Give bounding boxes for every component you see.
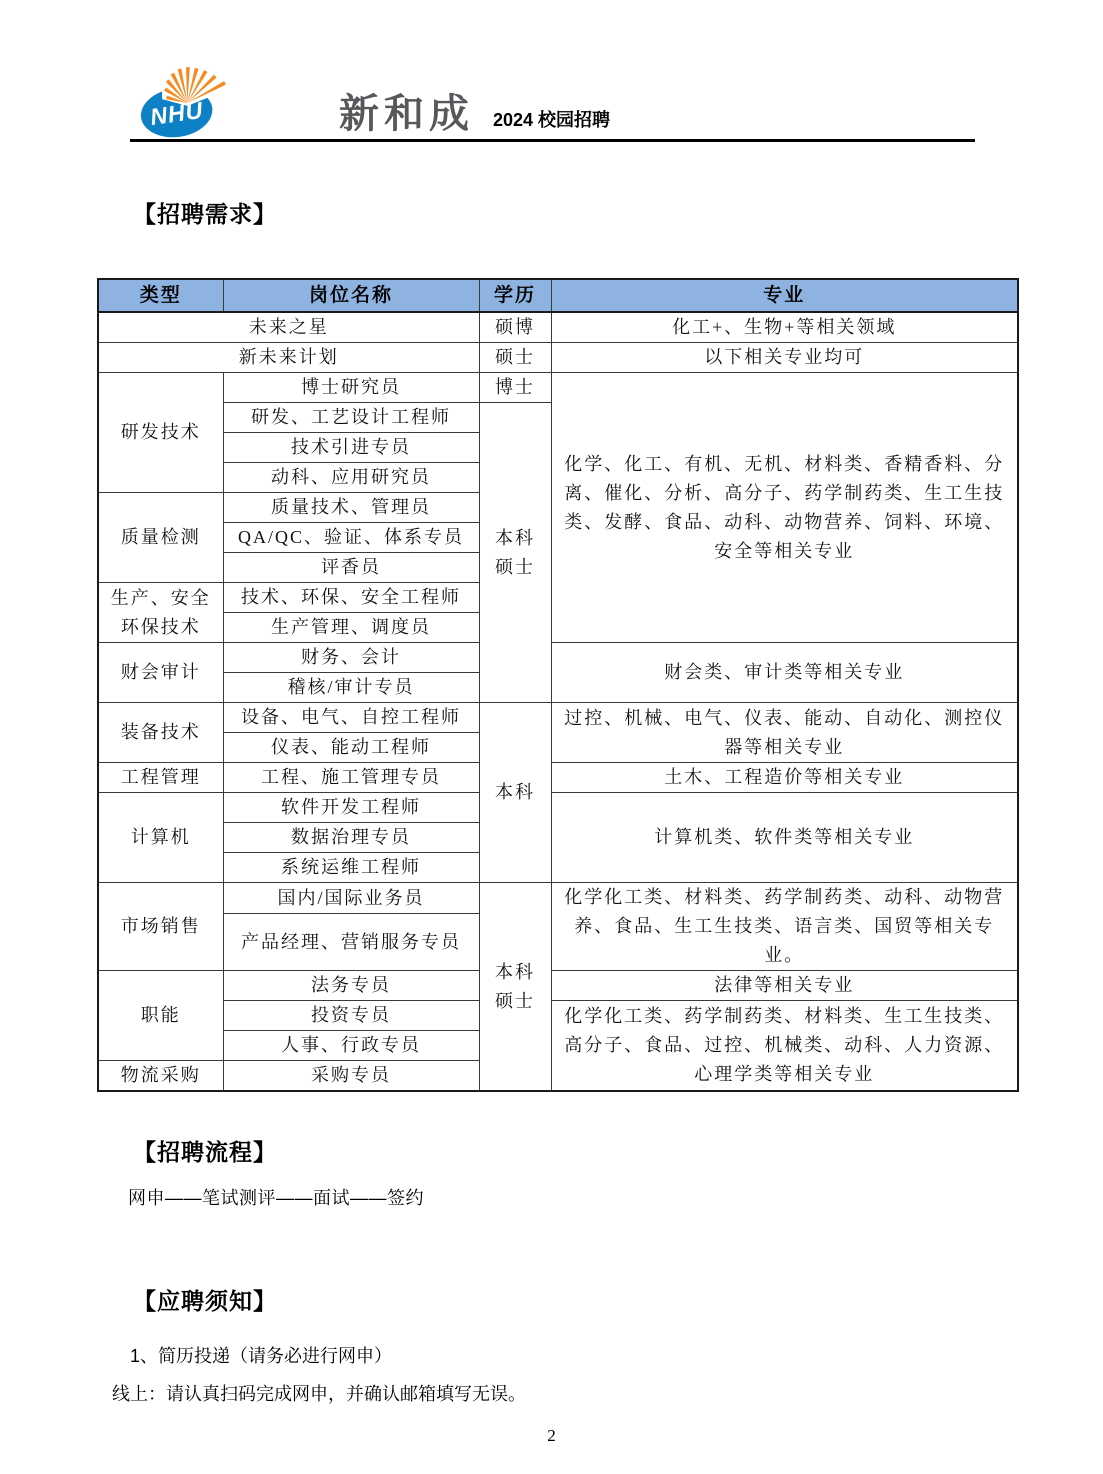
- table-row: 装备技术设备、电气、自控工程师本科过控、机械、电气、仪表、能动、自动化、测控仪器…: [98, 703, 1018, 733]
- position-cell: 法务专员: [223, 971, 479, 1001]
- page-number: 2: [0, 1426, 1103, 1446]
- group-cell: 工程管理: [98, 763, 223, 793]
- position-cell: 生产管理、调度员: [223, 613, 479, 643]
- position-cell: 国内/国际业务员: [223, 883, 479, 914]
- doc-title: 2024 校园招聘: [0, 106, 1103, 132]
- group-cell: 财会审计: [98, 643, 223, 703]
- position-cell: 博士研究员: [223, 373, 479, 403]
- column-header-type: 类型: [98, 279, 223, 312]
- major-cell: 化学化工类、药学制药类、材料类、生工生技类、高分子、食品、过控、机械类、动科、人…: [551, 1001, 1018, 1092]
- group-cell: 装备技术: [98, 703, 223, 763]
- position-cell: QA/QC、验证、体系专员: [223, 523, 479, 553]
- table-row: 新未来计划硕士以下相关专业均可: [98, 343, 1018, 373]
- position-cell: 研发、工艺设计工程师: [223, 403, 479, 433]
- position-cell: 采购专员: [223, 1061, 479, 1092]
- program-cell: 新未来计划: [98, 343, 479, 373]
- note-online-application: 线上：请认真扫码完成网申，并确认邮箱填写无误。: [112, 1380, 526, 1406]
- degree-cell: 博士: [479, 373, 551, 403]
- position-cell: 稽核/审计专员: [223, 673, 479, 703]
- document-page: NHU 新和成 2024 校园招聘 【招聘需求】 类型 岗位名称 学历 专业 未…: [0, 0, 1103, 1474]
- group-cell: 物流采购: [98, 1061, 223, 1092]
- major-cell: 法律等相关专业: [551, 971, 1018, 1001]
- group-cell: 计算机: [98, 793, 223, 883]
- position-cell: 技术、环保、安全工程师: [223, 583, 479, 613]
- group-cell: 市场销售: [98, 883, 223, 971]
- group-cell: 生产、安全环保技术: [98, 583, 223, 643]
- position-cell: 系统运维工程师: [223, 853, 479, 883]
- group-cell: 职能: [98, 971, 223, 1061]
- position-cell: 软件开发工程师: [223, 793, 479, 823]
- column-header-degree: 学历: [479, 279, 551, 312]
- section-heading-notes: 【应聘须知】: [133, 1283, 277, 1316]
- major-cell: 化学、化工、有机、无机、材料类、香精香料、分离、催化、分析、高分子、药学制药类、…: [551, 373, 1018, 643]
- position-cell: 投资专员: [223, 1001, 479, 1031]
- recruitment-table: 类型 岗位名称 学历 专业 未来之星硕博化工+、生物+等相关领域新未来计划硕士以…: [97, 278, 1019, 1092]
- position-cell: 动科、应用研究员: [223, 463, 479, 493]
- position-cell: 评香员: [223, 553, 479, 583]
- process-flow-text: 网申——笔试测评——面试——签约: [128, 1184, 424, 1210]
- degree-cell: 本科 硕士: [479, 883, 551, 1092]
- position-cell: 设备、电气、自控工程师: [223, 703, 479, 733]
- major-cell: 土木、工程造价等相关专业: [551, 763, 1018, 793]
- major-cell: 计算机类、软件类等相关专业: [551, 793, 1018, 883]
- position-cell: 质量技术、管理员: [223, 493, 479, 523]
- table-header-row: 类型 岗位名称 学历 专业: [98, 279, 1018, 312]
- position-cell: 产品经理、营销服务专员: [223, 914, 479, 971]
- program-cell: 未来之星: [98, 312, 479, 343]
- group-cell: 质量检测: [98, 493, 223, 583]
- degree-cell: 本科 硕士: [479, 403, 551, 703]
- major-cell: 化学化工类、材料类、药学制药类、动科、动物营养、食品、生工生技类、语言类、国贸等…: [551, 883, 1018, 971]
- table-row: 投资专员化学化工类、药学制药类、材料类、生工生技类、高分子、食品、过控、机械类、…: [98, 1001, 1018, 1031]
- position-cell: 仪表、能动工程师: [223, 733, 479, 763]
- table-row: 工程管理工程、施工管理专员土木、工程造价等相关专业: [98, 763, 1018, 793]
- degree-cell: 本科: [479, 703, 551, 883]
- section-heading-requirements: 【招聘需求】: [133, 196, 277, 229]
- table-row: 财会审计财务、会计财会类、审计类等相关专业: [98, 643, 1018, 673]
- column-header-major: 专业: [551, 279, 1018, 312]
- table-row: 研发技术博士研究员博士化学、化工、有机、无机、材料类、香精香料、分离、催化、分析…: [98, 373, 1018, 403]
- table-row: 未来之星硕博化工+、生物+等相关领域: [98, 312, 1018, 343]
- position-cell: 数据治理专员: [223, 823, 479, 853]
- recruitment-table-body: 未来之星硕博化工+、生物+等相关领域新未来计划硕士以下相关专业均可研发技术博士研…: [98, 312, 1018, 1091]
- degree-cell: 硕士: [479, 343, 551, 373]
- position-cell: 技术引进专员: [223, 433, 479, 463]
- position-cell: 工程、施工管理专员: [223, 763, 479, 793]
- table-row: 职能法务专员法律等相关专业: [98, 971, 1018, 1001]
- degree-cell: 硕博: [479, 312, 551, 343]
- position-cell: 财务、会计: [223, 643, 479, 673]
- group-cell: 研发技术: [98, 373, 223, 493]
- column-header-position: 岗位名称: [223, 279, 479, 312]
- major-cell: 化工+、生物+等相关领域: [551, 312, 1018, 343]
- note-resume-delivery: 1、简历投递（请务必进行网申）: [130, 1342, 392, 1368]
- major-cell: 以下相关专业均可: [551, 343, 1018, 373]
- section-heading-process: 【招聘流程】: [133, 1134, 277, 1167]
- major-cell: 过控、机械、电气、仪表、能动、自动化、测控仪器等相关专业: [551, 703, 1018, 763]
- header-divider: [130, 139, 975, 142]
- table-row: 计算机软件开发工程师计算机类、软件类等相关专业: [98, 793, 1018, 823]
- major-cell: 财会类、审计类等相关专业: [551, 643, 1018, 703]
- position-cell: 人事、行政专员: [223, 1031, 479, 1061]
- table-row: 市场销售国内/国际业务员本科 硕士化学化工类、材料类、药学制药类、动科、动物营养…: [98, 883, 1018, 914]
